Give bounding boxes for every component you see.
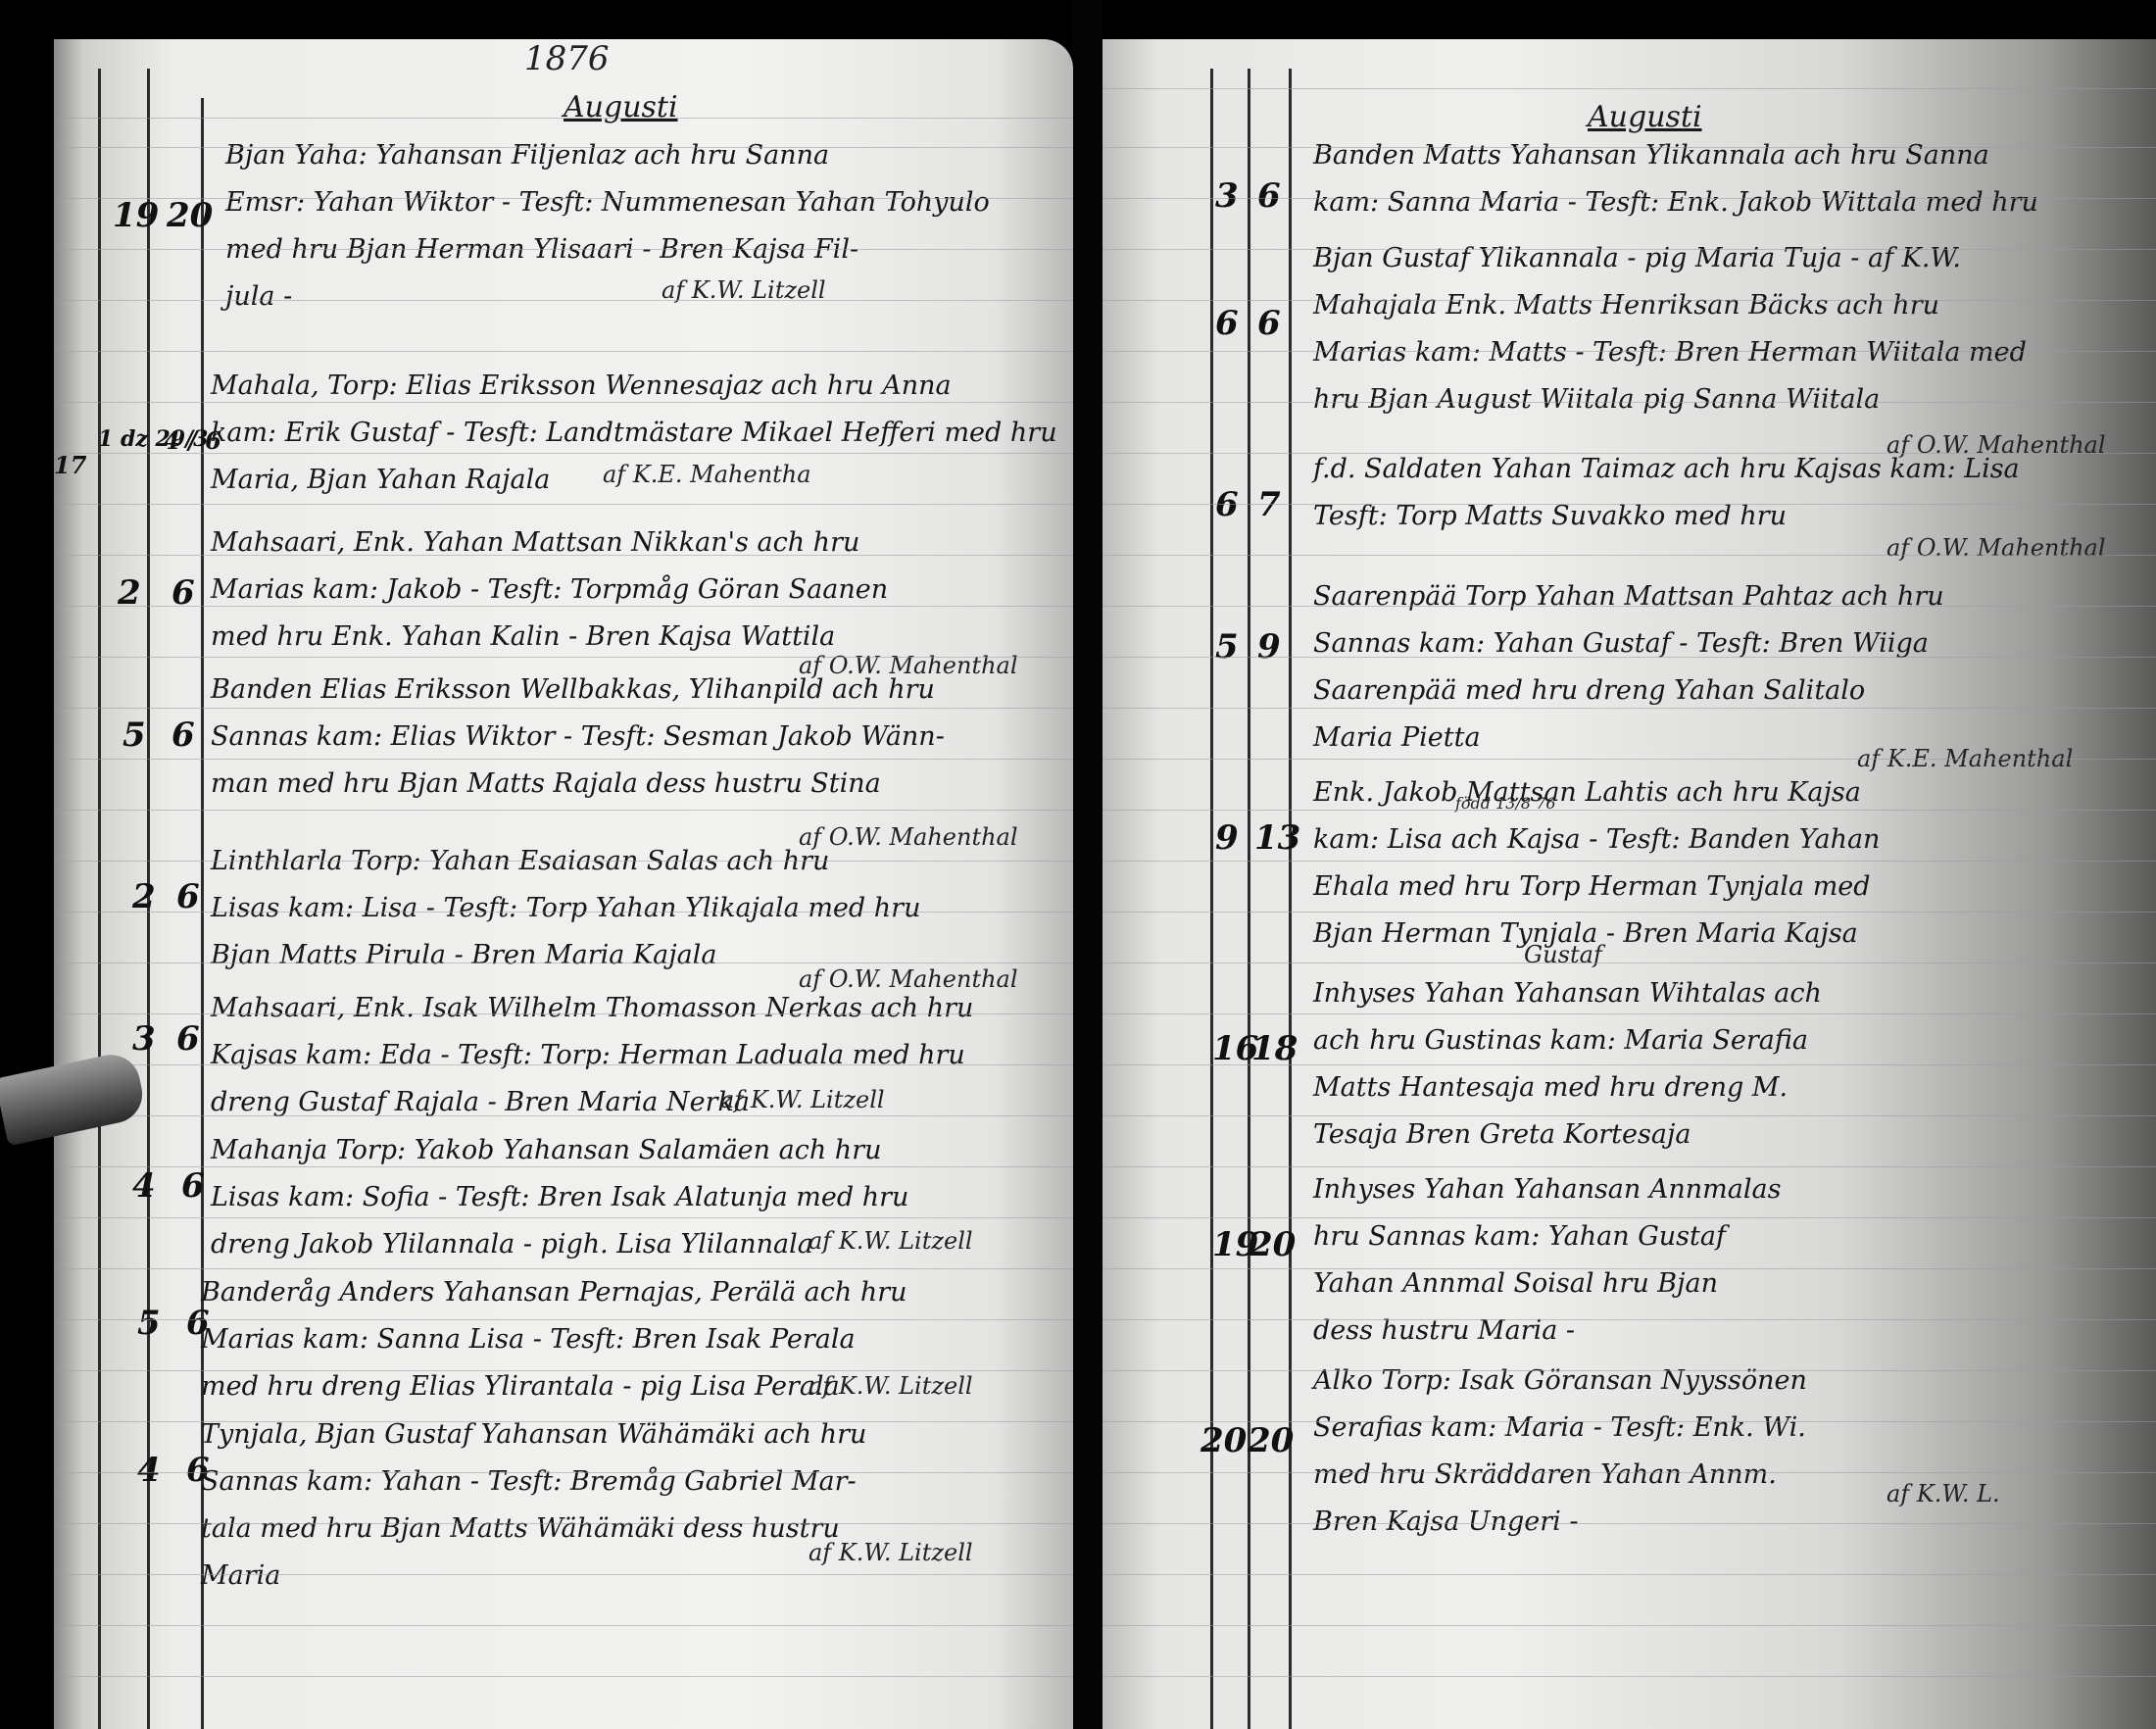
- signature: af K.W. Litzell: [808, 1539, 973, 1566]
- signature: af O.W. Mahenthal: [1886, 534, 2106, 562]
- header-rule: [1102, 88, 2156, 89]
- ruled-line: [1102, 1421, 2156, 1422]
- register-entry: Banderåg Anders Yahansan Pernajas, Peräl…: [201, 1269, 907, 1410]
- register-entry: Linthlarla Torp: Yahan Esaiasan Salas ac…: [211, 838, 920, 979]
- entry-col-b: 6: [1257, 176, 1281, 216]
- ruled-line: [54, 402, 1073, 403]
- signature: af K.W. Litzell: [808, 1227, 973, 1255]
- entry-col-a: 6: [1215, 485, 1239, 524]
- entry-col-b: 6: [1257, 304, 1281, 343]
- register-entry: Alko Torp: Isak Göransan Nyyssönen Seraf…: [1313, 1358, 1807, 1546]
- register-entry: Bjan Yaha: Yahansan Filjenlaz ach hru Sa…: [225, 132, 990, 321]
- entry-col-b: 6: [171, 716, 195, 755]
- ruled-line: [1102, 1166, 2156, 1167]
- entry-col-a: 2: [118, 573, 141, 613]
- book-spine: [1073, 0, 1102, 1729]
- ruled-line: [54, 198, 1073, 199]
- ruled-line: [54, 1472, 1073, 1473]
- column-rule-b: [1248, 69, 1250, 1729]
- signature: af K.W. Litzell: [808, 1372, 973, 1400]
- entry-col-b: 13: [1254, 818, 1300, 858]
- entry-col-a: 5: [1215, 627, 1239, 667]
- ruled-line: [1102, 1523, 2156, 1524]
- ruled-line: [54, 300, 1073, 301]
- ruled-line: [1102, 300, 2156, 301]
- entry-col-a: 3: [1215, 176, 1239, 216]
- register-entry: Tynjala, Bjan Gustaf Yahansan Wähämäki a…: [201, 1411, 866, 1600]
- ruled-line: [1102, 963, 2156, 963]
- ruled-line: [54, 1574, 1073, 1575]
- ruled-line: [1102, 1472, 2156, 1473]
- signature: af K.E. Mahentha: [603, 461, 811, 488]
- ruled-line: [54, 1115, 1073, 1116]
- entry-col-b: 7: [1257, 485, 1281, 524]
- ruled-line: [54, 759, 1073, 760]
- ruled-line: [54, 1676, 1073, 1677]
- ruled-line: [54, 1217, 1073, 1218]
- ruled-line: [1102, 1370, 2156, 1371]
- ruled-line: [54, 861, 1073, 862]
- register-entry: Saarenpää Torp Yahan Mattsan Pahtaz ach …: [1313, 573, 1944, 762]
- entry-col-a: 19: [113, 196, 159, 235]
- ruled-line: [1102, 1268, 2156, 1269]
- right-page: Augusti 3 6 Banden Matts Yahansan Ylikan…: [1102, 39, 2156, 1729]
- entry-col-a: 4: [132, 1166, 156, 1206]
- register-entry: Inhyses Yahan Yahansan Annmalas hru Sann…: [1313, 1166, 1781, 1355]
- ruled-line: [1102, 912, 2156, 913]
- ruled-line: [54, 1319, 1073, 1320]
- ruled-line: [54, 1370, 1073, 1371]
- ruled-line: [1102, 861, 2156, 862]
- ruled-line: [54, 963, 1073, 963]
- ruled-line: [54, 351, 1073, 352]
- margin-rule: [98, 69, 101, 1729]
- ruled-line: [54, 1166, 1073, 1167]
- ruled-line: [1102, 1625, 2156, 1626]
- entry-col-b: 20: [1248, 1421, 1294, 1460]
- register-entry: Mahsaari, Enk. Yahan Mattsan Nikkan's ac…: [211, 519, 888, 661]
- register-entry: Bjan Gustaf Ylikannala - pig Maria Tuja …: [1313, 235, 2027, 423]
- entry-margin-number: 17: [54, 451, 86, 479]
- ruled-line: [1102, 606, 2156, 607]
- entry-col-b: 20: [1249, 1225, 1296, 1264]
- ruled-line: [54, 1523, 1073, 1524]
- ruled-line: [1102, 351, 2156, 352]
- ruled-line: [1102, 759, 2156, 760]
- entry-col-b: 6: [176, 877, 200, 916]
- entry-col-a: 6: [1215, 304, 1239, 343]
- register-entry: Mahanja Torp: Yakob Yahansan Salamäen ac…: [211, 1127, 908, 1268]
- ruled-line: [54, 708, 1073, 709]
- ruled-line: [1102, 453, 2156, 454]
- entry-col-a: 3: [132, 1019, 156, 1059]
- ruled-line: [1102, 1013, 2156, 1014]
- entry-col-b: 9: [1257, 627, 1281, 667]
- register-entry: Banden Elias Eriksson Wellbakkas, Ylihan…: [211, 667, 945, 808]
- signature: af K.W. L.: [1886, 1480, 2000, 1507]
- register-entry: Enk. Jakob Mattsan Lahtis ach hru Kajsa …: [1313, 769, 1880, 958]
- ruled-line: [54, 1064, 1073, 1065]
- entry-col-a: 2: [132, 877, 156, 916]
- column-rule-c: [1289, 69, 1292, 1729]
- ruled-line: [54, 657, 1073, 658]
- ruled-line: [1102, 1676, 2156, 1677]
- left-page: 1876 Augusti 19 20 Bjan Yaha: Yahansan F…: [54, 39, 1073, 1729]
- entry-col-b: 6: [171, 573, 195, 613]
- scanned-register-spread: 1876 Augusti 19 20 Bjan Yaha: Yahansan F…: [0, 0, 2156, 1729]
- ruled-line: [54, 1625, 1073, 1626]
- ruled-line: [1102, 555, 2156, 556]
- entry-col-b: 6: [176, 1019, 200, 1059]
- ruled-line: [54, 147, 1073, 148]
- note-above: Gustaf: [1524, 941, 1602, 968]
- ruled-line: [1102, 1064, 2156, 1065]
- ruled-line: [54, 912, 1073, 913]
- ruled-line: [1102, 249, 2156, 250]
- month-heading: Augusti: [563, 90, 678, 124]
- entry-col-a: 20: [1200, 1421, 1247, 1460]
- entry-col-a: 5: [122, 716, 146, 755]
- ruled-line: [1102, 1217, 2156, 1218]
- ruled-line: [54, 810, 1073, 811]
- ruled-line: [1102, 1115, 2156, 1116]
- entry-col-b: 20: [167, 196, 213, 235]
- ruled-line: [54, 606, 1073, 607]
- ruled-line: [1102, 810, 2156, 811]
- ruled-line: [1102, 657, 2156, 658]
- column-rule-a: [1210, 69, 1213, 1729]
- register-entry: f.d. Saldaten Yahan Taimaz ach hru Kajsa…: [1313, 446, 2020, 540]
- ruled-line: [54, 504, 1073, 505]
- month-heading: Augusti: [1588, 100, 1702, 134]
- entry-col-b: 18: [1251, 1029, 1298, 1068]
- ruled-line: [54, 1268, 1073, 1269]
- entry-col-a: 4: [137, 1451, 161, 1490]
- ruled-line: [54, 555, 1073, 556]
- ruled-line: [1102, 1319, 2156, 1320]
- ruled-line: [54, 1013, 1073, 1014]
- ruled-line: [1102, 504, 2156, 505]
- ruled-line: [54, 249, 1073, 250]
- entry-col-b: 6: [181, 1166, 205, 1206]
- ruled-line: [1102, 198, 2156, 199]
- ruled-line: [1102, 402, 2156, 403]
- ruled-line: [54, 1421, 1073, 1422]
- entry-col-a: 5: [137, 1304, 161, 1343]
- ruled-line: [1102, 708, 2156, 709]
- signature: af K.W. Litzell: [720, 1086, 885, 1113]
- ruled-line: [1102, 147, 2156, 148]
- entry-col-a: 9: [1215, 818, 1239, 858]
- ruled-line: [1102, 1574, 2156, 1575]
- ruled-line: [54, 453, 1073, 454]
- year-heading: 1876: [524, 39, 610, 78]
